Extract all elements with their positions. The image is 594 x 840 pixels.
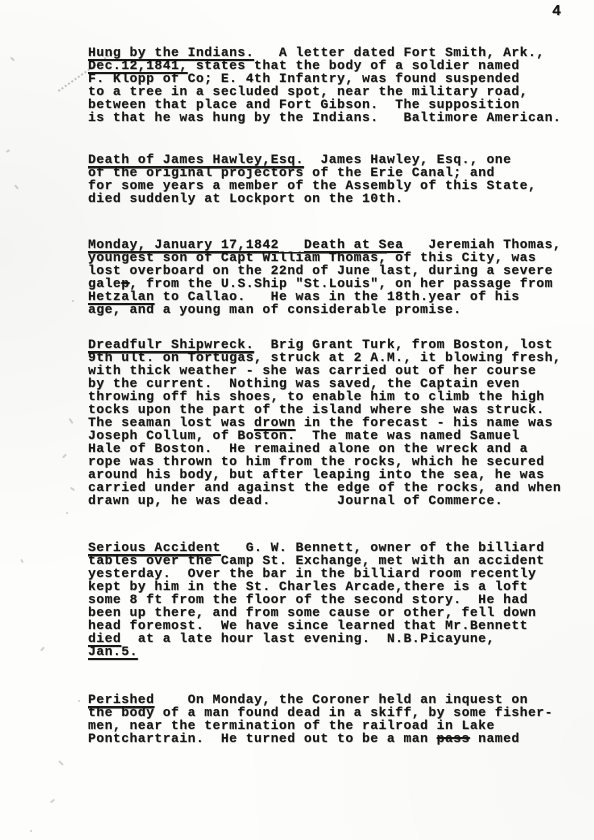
text-run-strike: pass: [437, 731, 470, 746]
text-run: died suddenly at Lockport on the 10th.: [88, 191, 403, 206]
text-line: died at a late hour last evening. N.B.Pi…: [88, 632, 580, 645]
paragraph: Serious Accident G. W. Bennett, owner of…: [88, 541, 580, 658]
text-line: died suddenly at Lockport on the 10th.: [88, 192, 580, 205]
document-body: Hung by the Indians. A letter dated Fort…: [0, 0, 594, 840]
text-line: drawn up, he was dead. Journal of Commer…: [88, 494, 580, 507]
text-run: at a late hour last evening. N.B.Picayun…: [121, 631, 495, 646]
text-line: is that he was hung by the Indians. Balt…: [88, 111, 580, 124]
text-run: Pontchartrain. He turned out to be a man: [88, 731, 437, 746]
paragraph: Perished On Monday, the Coroner held an …: [88, 693, 580, 745]
text-run: named: [470, 731, 520, 746]
text-run: is that he was hung by the Indians. Balt…: [88, 110, 561, 125]
text-run: drawn up, he was dead. Journal of Commer…: [88, 493, 503, 508]
paragraph: Death of James Hawley,Esq. James Hawley,…: [88, 153, 580, 205]
paragraph: Hung by the Indians. A letter dated Fort…: [88, 46, 580, 124]
text-line: Jan.5.: [88, 645, 580, 658]
paragraph: Dreadfulr Shipwreck. Brig Grant Turk, fr…: [88, 338, 580, 507]
text-line: Pontchartrain. He turned out to be a man…: [88, 732, 580, 745]
scanned-document-page: 4 Hung by the Indians. A letter dated Fo…: [0, 0, 594, 840]
text-line: age, and a young man of considerable pro…: [88, 303, 580, 316]
text-run: age, and a young man of considerable pro…: [88, 302, 462, 317]
paragraph: Monday, January 17,1842 Death at Sea Jer…: [88, 238, 580, 316]
text-run-underline: Jan.5.: [88, 644, 138, 659]
